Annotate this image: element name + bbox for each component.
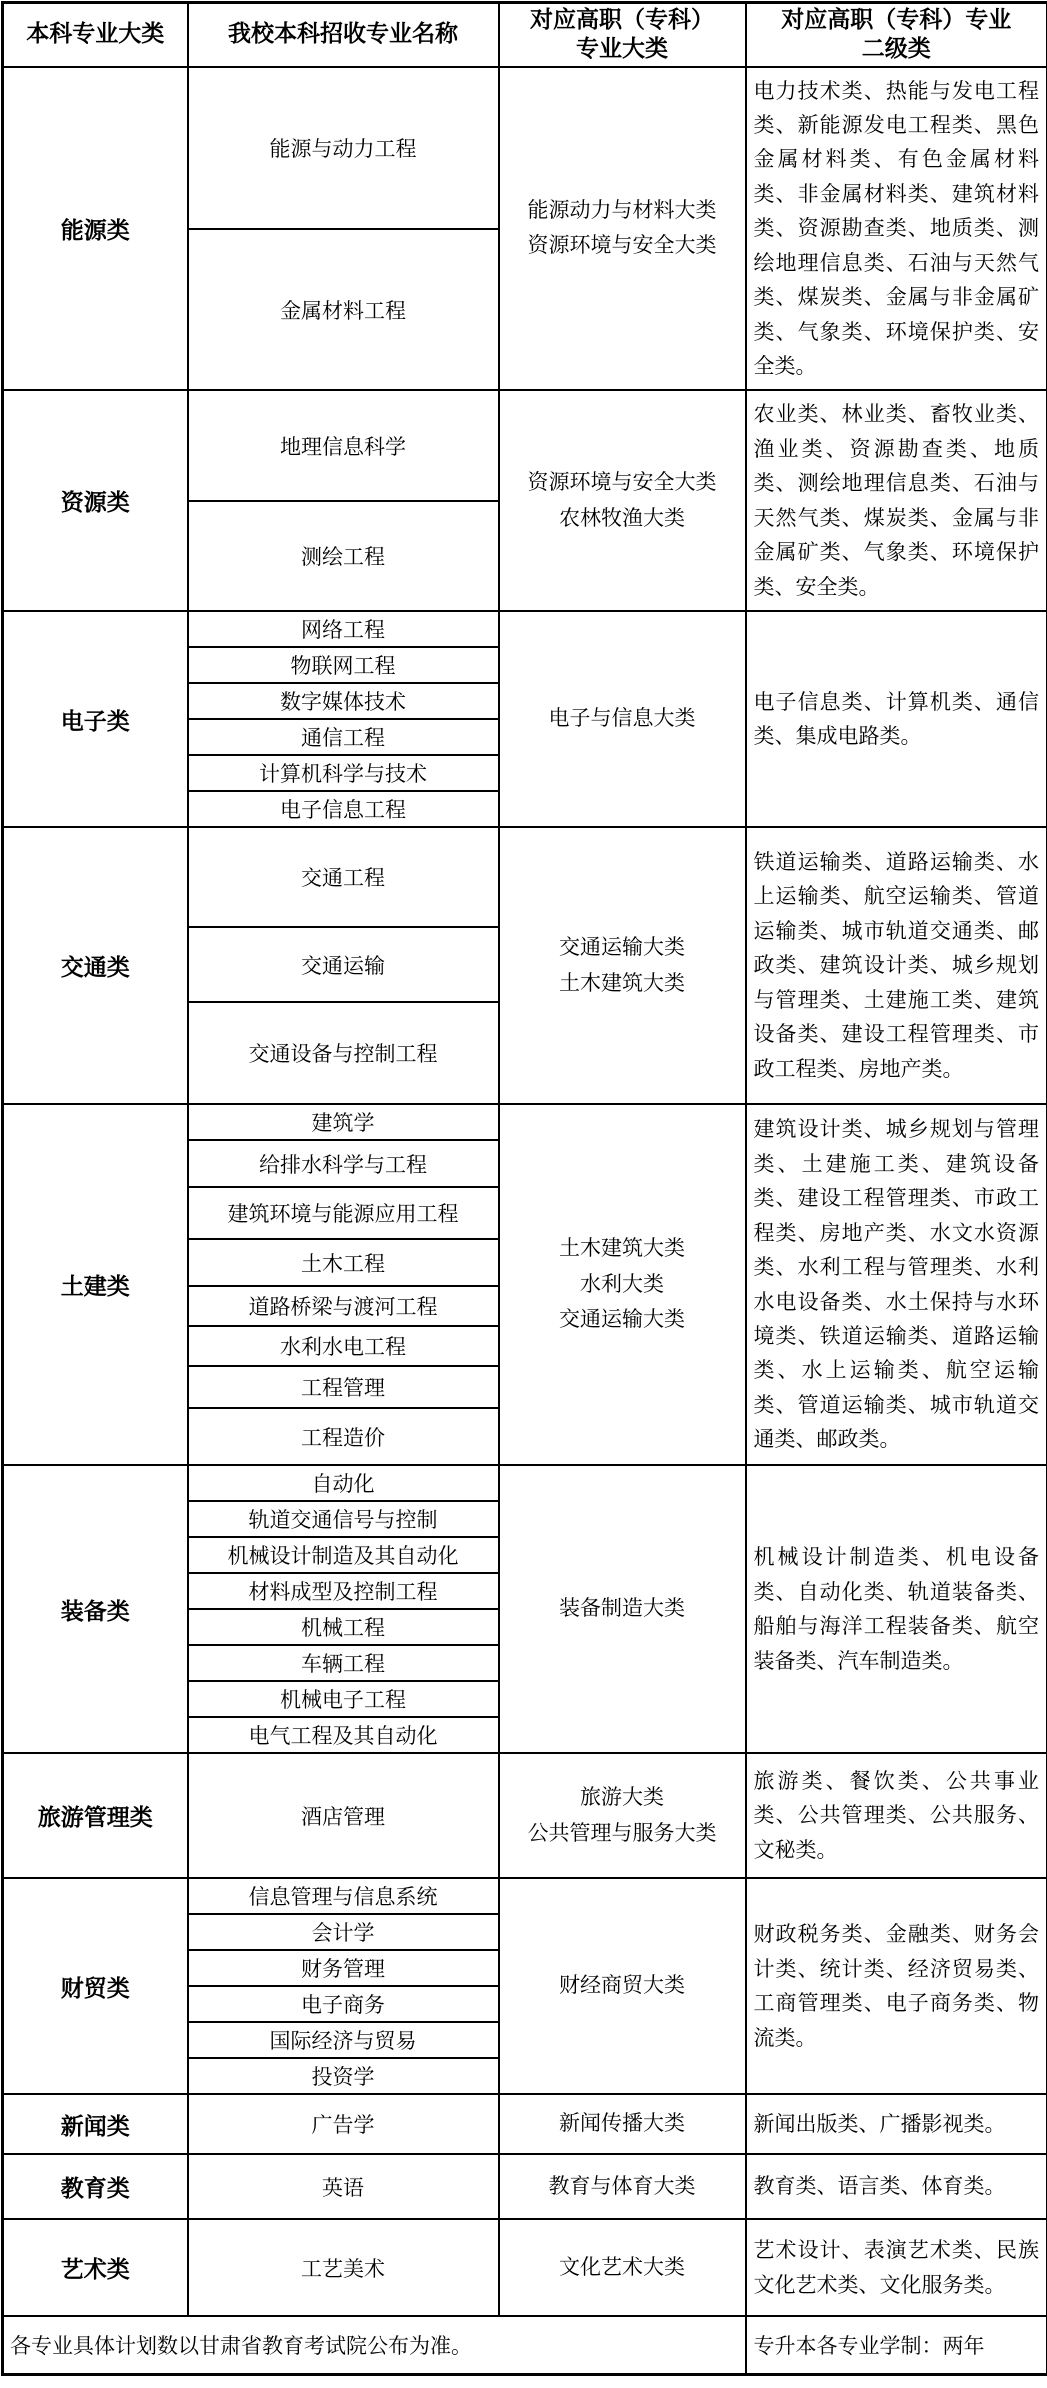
category-cell: 财贸类: [3, 1878, 188, 2094]
category-cell: 旅游管理类: [3, 1753, 188, 1878]
major-cell: 车辆工程: [188, 1645, 499, 1681]
major-cell: 财务管理: [188, 1950, 499, 1986]
table-row: 土建类建筑学土木建筑大类 水利大类 交通运输大类建筑设计类、城乡规划与管理类、土…: [3, 1104, 1047, 1140]
major-cell: 建筑学: [188, 1104, 499, 1140]
category-cell: 交通类: [3, 827, 188, 1104]
header-vocational-secondary: 对应高职（专科）专业 二级类: [746, 3, 1047, 67]
table-footer: 各专业具体计划数以甘肃省教育考试院公布为准。 专升本各专业学制：两年: [3, 2316, 1047, 2374]
major-cell: 给排水科学与工程: [188, 1140, 499, 1187]
category-cell: 资源类: [3, 390, 188, 611]
secondary-cell: 电子信息类、计算机类、通信类、集成电路类。: [746, 611, 1047, 827]
major-cell: 道路桥梁与渡河工程: [188, 1286, 499, 1326]
major-cell: 自动化: [188, 1465, 499, 1501]
major-cell: 酒店管理: [188, 1753, 499, 1878]
header-row: 本科专业大类 我校本科招收专业名称 对应高职（专科） 专业大类 对应高职（专科）…: [3, 3, 1047, 67]
vocational-cell: 教育与体育大类: [499, 2154, 746, 2219]
table-row: 交通类交通工程交通运输大类 土木建筑大类铁道运输类、道路运输类、水上运输类、航空…: [3, 827, 1047, 927]
secondary-cell: 教育类、语言类、体育类。: [746, 2154, 1047, 2219]
table-row: 新闻类广告学新闻传播大类新闻出版类、广播影视类。: [3, 2094, 1047, 2154]
document-page: 本科专业大类 我校本科招收专业名称 对应高职（专科） 专业大类 对应高职（专科）…: [0, 0, 1047, 2388]
major-cell: 交通设备与控制工程: [188, 1002, 499, 1104]
major-cell: 国际经济与贸易: [188, 2022, 499, 2058]
vocational-cell: 交通运输大类 土木建筑大类: [499, 827, 746, 1104]
major-cell: 投资学: [188, 2058, 499, 2094]
header-undergrad-category: 本科专业大类: [3, 3, 188, 67]
major-cell: 信息管理与信息系统: [188, 1878, 499, 1914]
major-cell: 测绘工程: [188, 501, 499, 611]
secondary-cell: 财政税务类、金融类、财务会计类、统计类、经济贸易类、工商管理类、电子商务类、物流…: [746, 1878, 1047, 2094]
major-cell: 水利水电工程: [188, 1326, 499, 1366]
table-row: 装备类自动化装备制造大类机械设计制造类、机电设备类、自动化类、轨道装备类、船舶与…: [3, 1465, 1047, 1501]
table-body: 能源类能源与动力工程能源动力与材料大类 资源环境与安全大类电力技术类、热能与发电…: [3, 67, 1047, 2317]
major-cell: 计算机科学与技术: [188, 755, 499, 791]
secondary-cell: 机械设计制造类、机电设备类、自动化类、轨道装备类、船舶与海洋工程装备类、航空装备…: [746, 1465, 1047, 1753]
header-major-name: 我校本科招收专业名称: [188, 3, 499, 67]
footer-note: 各专业具体计划数以甘肃省教育考试院公布为准。: [3, 2316, 746, 2374]
major-cell: 交通工程: [188, 827, 499, 927]
category-cell: 电子类: [3, 611, 188, 827]
secondary-cell: 新闻出版类、广播影视类。: [746, 2094, 1047, 2154]
category-cell: 新闻类: [3, 2094, 188, 2154]
major-cell: 能源与动力工程: [188, 67, 499, 229]
table-row: 资源类地理信息科学资源环境与安全大类 农林牧渔大类农业类、林业类、畜牧业类、渔业…: [3, 390, 1047, 501]
secondary-cell: 农业类、林业类、畜牧业类、渔业类、资源勘查类、地质类、测绘地理信息类、石油与天然…: [746, 390, 1047, 611]
vocational-cell: 旅游大类 公共管理与服务大类: [499, 1753, 746, 1878]
table-row: 艺术类工艺美术文化艺术大类艺术设计、表演艺术类、民族文化艺术类、文化服务类。: [3, 2219, 1047, 2316]
major-cell: 会计学: [188, 1914, 499, 1950]
category-cell: 能源类: [3, 67, 188, 391]
major-cell: 材料成型及控制工程: [188, 1573, 499, 1609]
major-cell: 数字媒体技术: [188, 683, 499, 719]
major-cell: 网络工程: [188, 611, 499, 647]
secondary-cell: 旅游类、餐饮类、公共事业类、公共管理类、公共服务、文秘类。: [746, 1753, 1047, 1878]
footer-row: 各专业具体计划数以甘肃省教育考试院公布为准。 专升本各专业学制：两年: [3, 2316, 1047, 2374]
table-row: 财贸类信息管理与信息系统财经商贸大类财政税务类、金融类、财务会计类、统计类、经济…: [3, 1878, 1047, 1914]
major-cell: 机械设计制造及其自动化: [188, 1537, 499, 1573]
category-cell: 土建类: [3, 1104, 188, 1465]
major-cell: 机械电子工程: [188, 1681, 499, 1717]
major-cell: 广告学: [188, 2094, 499, 2154]
secondary-cell: 艺术设计、表演艺术类、民族文化艺术类、文化服务类。: [746, 2219, 1047, 2316]
secondary-cell: 铁道运输类、道路运输类、水上运输类、航空运输类、管道运输类、城市轨道交通类、邮政…: [746, 827, 1047, 1104]
footer-duration: 专升本各专业学制：两年: [746, 2316, 1047, 2374]
table-row: 教育类英语教育与体育大类教育类、语言类、体育类。: [3, 2154, 1047, 2219]
vocational-cell: 财经商贸大类: [499, 1878, 746, 2094]
vocational-cell: 资源环境与安全大类 农林牧渔大类: [499, 390, 746, 611]
major-cell: 金属材料工程: [188, 229, 499, 390]
major-cell: 工艺美术: [188, 2219, 499, 2316]
category-cell: 艺术类: [3, 2219, 188, 2316]
major-cell: 物联网工程: [188, 647, 499, 683]
major-cell: 英语: [188, 2154, 499, 2219]
major-cell: 工程管理: [188, 1366, 499, 1408]
category-cell: 教育类: [3, 2154, 188, 2219]
major-cell: 地理信息科学: [188, 390, 499, 501]
header-vocational-category: 对应高职（专科） 专业大类: [499, 3, 746, 67]
majors-table: 本科专业大类 我校本科招收专业名称 对应高职（专科） 专业大类 对应高职（专科）…: [1, 1, 1047, 2376]
major-cell: 通信工程: [188, 719, 499, 755]
major-cell: 电子商务: [188, 1986, 499, 2022]
secondary-cell: 建筑设计类、城乡规划与管理类、土建施工类、建筑设备类、建设工程管理类、市政工程类…: [746, 1104, 1047, 1465]
vocational-cell: 能源动力与材料大类 资源环境与安全大类: [499, 67, 746, 391]
vocational-cell: 电子与信息大类: [499, 611, 746, 827]
vocational-cell: 装备制造大类: [499, 1465, 746, 1753]
major-cell: 轨道交通信号与控制: [188, 1501, 499, 1537]
table-row: 能源类能源与动力工程能源动力与材料大类 资源环境与安全大类电力技术类、热能与发电…: [3, 67, 1047, 229]
table-row: 旅游管理类酒店管理旅游大类 公共管理与服务大类旅游类、餐饮类、公共事业类、公共管…: [3, 1753, 1047, 1878]
secondary-cell: 电力技术类、热能与发电工程类、新能源发电工程类、黑色金属材料类、有色金属材料类、…: [746, 67, 1047, 391]
major-cell: 电气工程及其自动化: [188, 1717, 499, 1753]
major-cell: 机械工程: [188, 1609, 499, 1645]
major-cell: 建筑环境与能源应用工程: [188, 1187, 499, 1239]
major-cell: 电子信息工程: [188, 791, 499, 827]
category-cell: 装备类: [3, 1465, 188, 1753]
vocational-cell: 文化艺术大类: [499, 2219, 746, 2316]
vocational-cell: 新闻传播大类: [499, 2094, 746, 2154]
major-cell: 交通运输: [188, 927, 499, 1002]
table-header: 本科专业大类 我校本科招收专业名称 对应高职（专科） 专业大类 对应高职（专科）…: [3, 3, 1047, 67]
major-cell: 工程造价: [188, 1408, 499, 1465]
table-row: 电子类网络工程电子与信息大类电子信息类、计算机类、通信类、集成电路类。: [3, 611, 1047, 647]
vocational-cell: 土木建筑大类 水利大类 交通运输大类: [499, 1104, 746, 1465]
major-cell: 土木工程: [188, 1239, 499, 1286]
